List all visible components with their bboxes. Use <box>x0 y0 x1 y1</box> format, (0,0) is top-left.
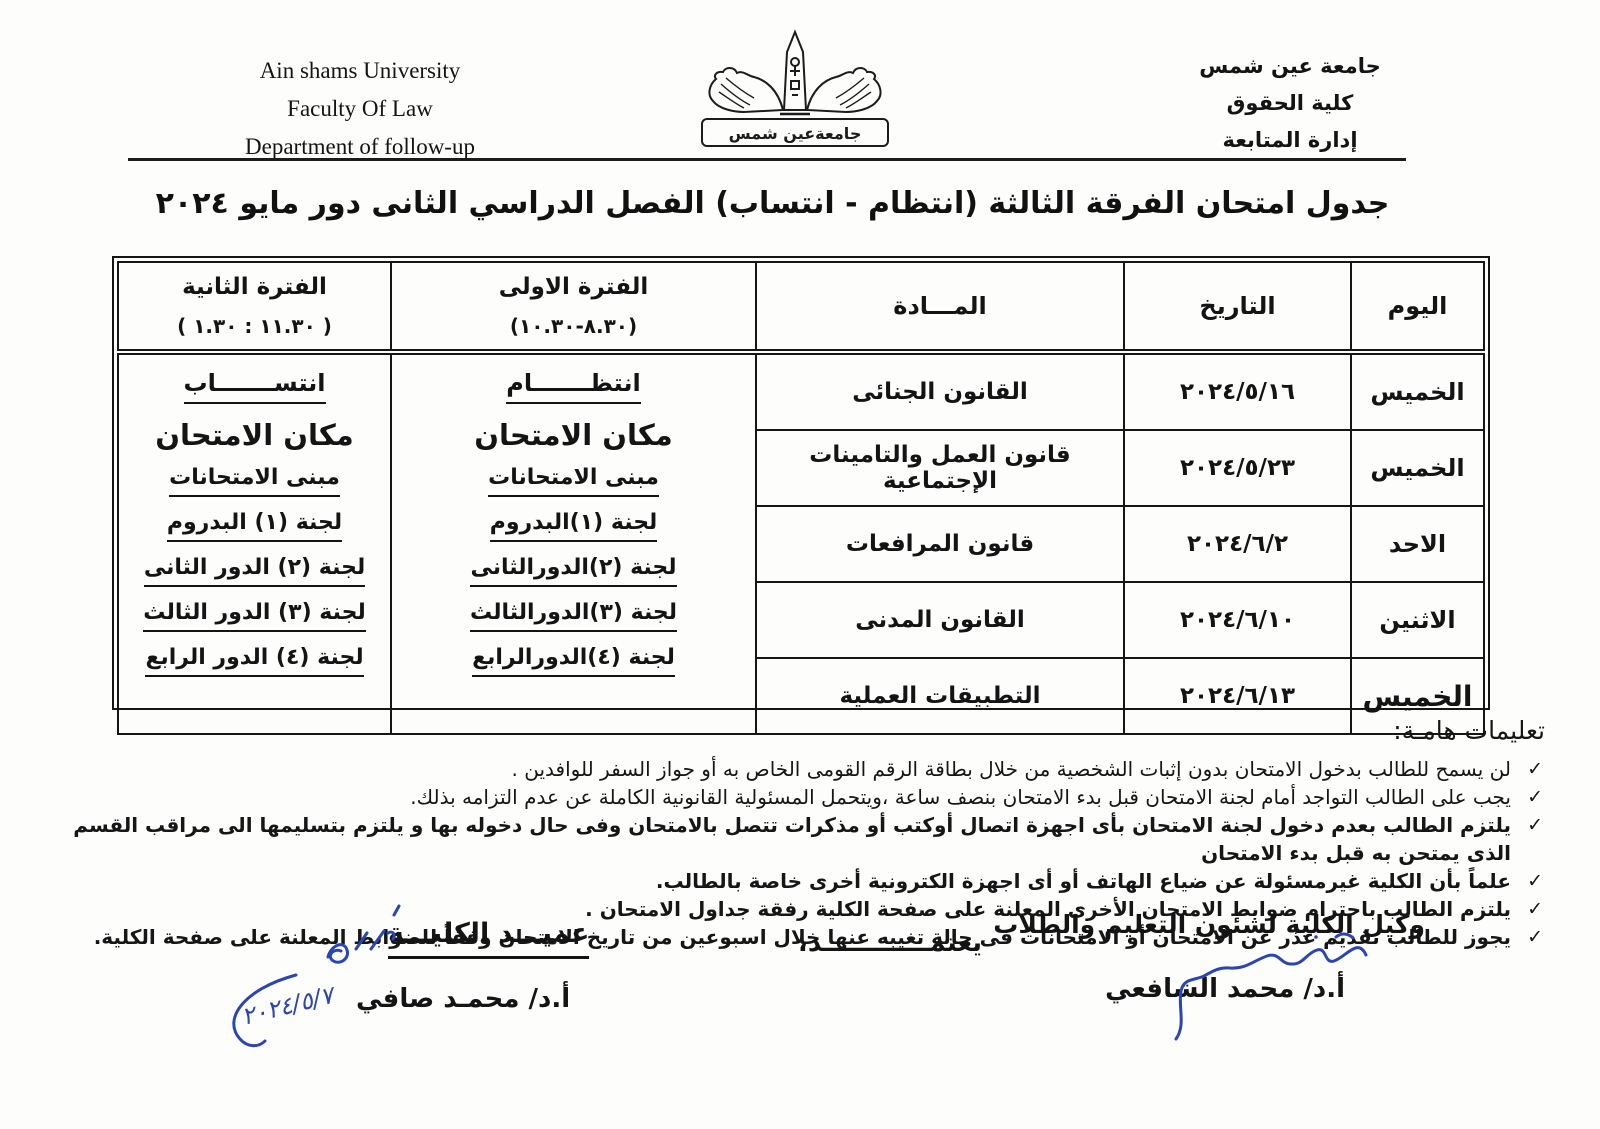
header-english: Ain shams University Faculty Of Law Depa… <box>225 52 495 166</box>
period1-cell: انتظـــــــام مكان الامتحان مبنى الامتحا… <box>391 352 756 734</box>
checkmark-icon: ✓ <box>1527 923 1543 951</box>
period1-mode: انتظـــــــام <box>506 369 640 404</box>
day-cell: الاحد <box>1351 506 1484 582</box>
period2-location: لجنة (٤) الدور الرابع <box>145 645 363 677</box>
period2-cell: انتســـــــاب مكان الامتحان مبنى الامتحا… <box>118 352 391 734</box>
instruction-item: ✓ يجب على الطالب التواجد أمام لجنة الامت… <box>53 783 1545 811</box>
period1-name: الفترة الاولى <box>396 274 751 300</box>
instruction-item: ✓ لن يسمح للطالب بدخول الامتحان بدون إثب… <box>53 755 1545 783</box>
period1-location: لجنة (٤)الدورالرابع <box>472 645 675 677</box>
instruction-text: يلتزم الطالب بعدم دخول لجنة الامتحان بأى… <box>73 813 1511 865</box>
period1-location-heading: مكان الامتحان <box>474 418 672 452</box>
day-cell: الخميس <box>1351 352 1484 430</box>
university-name-ar: جامعة عين شمس <box>1145 48 1435 85</box>
period2-time: ( ١١.٣٠ : ١.٣٠ ) <box>123 314 386 338</box>
logo-base-plate: جامعةعين شمس <box>702 119 888 146</box>
col-header-period2: الفترة الثانية ( ١١.٣٠ : ١.٣٠ ) <box>118 262 391 352</box>
vice-dean-signature <box>1130 925 1380 1055</box>
faculty-name-en: Faculty Of Law <box>225 90 495 128</box>
header-divider <box>128 158 1406 161</box>
obelisk-eagles-emblem-icon: جامعةعين شمس <box>688 26 903 154</box>
university-logo: جامعةعين شمس <box>688 26 903 154</box>
university-name-en: Ain shams University <box>225 52 495 90</box>
exam-schedule-table-frame: اليوم التاريخ المـــادة الفترة الاولى (٨… <box>112 256 1490 710</box>
period1-time: (٨.٣٠-١٠.٣٠) <box>396 314 751 338</box>
handwritten-date: ٢٠٢٤/٥/٧ <box>239 980 340 1031</box>
period2-name: الفترة الثانية <box>123 274 386 300</box>
col-header-day: اليوم <box>1351 262 1484 352</box>
period1-location: لجنة (٢)الدورالثانى <box>470 555 676 587</box>
eagle-right-icon <box>807 68 881 112</box>
col-header-subject: المـــادة <box>756 262 1124 352</box>
day-cell: الاثنين <box>1351 582 1484 658</box>
obelisk-icon <box>780 32 810 114</box>
date-cell: ٢٠٢٤/٥/٢٣ <box>1124 430 1351 506</box>
subject-cell: القانون المدنى <box>756 582 1124 658</box>
instruction-text: يجب على الطالب التواجد أمام لجنة الامتحا… <box>410 785 1511 809</box>
faculty-name-ar: كلية الحقوق <box>1145 85 1435 122</box>
checkmark-icon: ✓ <box>1527 811 1543 839</box>
date-cell: ٢٠٢٤/٦/١٠ <box>1124 582 1351 658</box>
date-cell: ٢٠٢٤/٥/١٦ <box>1124 352 1351 430</box>
period2-location: لجنة (٢) الدور الثانى <box>144 555 365 587</box>
eagle-left-icon <box>709 68 783 112</box>
page-title: جدول امتحان الفرقة الثالثة (انتظام - انت… <box>0 186 1545 221</box>
instruction-text: لن يسمح للطالب بدخول الامتحان بدون إثبات… <box>512 757 1511 781</box>
department-name-ar: إدارة المتابعة <box>1145 122 1435 159</box>
subject-cell: القانون الجنائى <box>756 352 1124 430</box>
checkmark-icon: ✓ <box>1527 867 1543 895</box>
day-cell: الخميس <box>1351 430 1484 506</box>
col-header-date: التاريخ <box>1124 262 1351 352</box>
period2-location: لجنة (٣) الدور الثالث <box>143 600 365 632</box>
period1-location: لجنة (١)البدروم <box>490 510 658 542</box>
period1-location: لجنة (٣)الدورالثالث <box>470 600 677 632</box>
period1-location: مبنى الامتحانات <box>488 465 659 497</box>
subject-cell: قانون العمل والتامينات الإجتماعية <box>756 430 1124 506</box>
period2-location: مبنى الامتحانات <box>169 465 340 497</box>
period2-location: لجنة (١) البدروم <box>167 510 342 542</box>
header-arabic: جامعة عين شمس كلية الحقوق إدارة المتابعة <box>1145 48 1435 159</box>
instruction-text: علماً بأن الكلية غيرمسئولة عن ضياع الهات… <box>656 869 1511 893</box>
dean-signature: ٢٠٢٤/٥/٧ <box>170 893 500 1063</box>
checkmark-icon: ✓ <box>1527 755 1543 783</box>
col-header-period1: الفترة الاولى (٨.٣٠-١٠.٣٠) <box>391 262 756 352</box>
checkmark-icon: ✓ <box>1527 895 1543 923</box>
approval-word: يعتمــــــــــــد، <box>740 928 1040 958</box>
scanned-exam-schedule-page: Ain shams University Faculty Of Law Depa… <box>0 0 1600 1129</box>
instruction-item: ✓ علماً بأن الكلية غيرمسئولة عن ضياع اله… <box>53 867 1545 895</box>
period2-location-heading: مكان الامتحان <box>155 418 353 452</box>
instruction-item: ✓ يلتزم الطالب بعدم دخول لجنة الامتحان ب… <box>53 811 1545 867</box>
date-cell: ٢٠٢٤/٦/٢ <box>1124 506 1351 582</box>
instructions-heading: تعليمات هامـة: <box>53 716 1545 745</box>
exam-schedule-table: اليوم التاريخ المـــادة الفترة الاولى (٨… <box>117 261 1485 735</box>
period2-mode: انتســـــــاب <box>184 369 326 404</box>
logo-caption: جامعةعين شمس <box>729 124 862 143</box>
checkmark-icon: ✓ <box>1527 783 1543 811</box>
subject-cell: قانون المرافعات <box>756 506 1124 582</box>
table-row: الخميس ٢٠٢٤/٥/١٦ القانون الجنائى انتظـــ… <box>118 352 1484 430</box>
table-header-row: اليوم التاريخ المـــادة الفترة الاولى (٨… <box>118 262 1484 352</box>
